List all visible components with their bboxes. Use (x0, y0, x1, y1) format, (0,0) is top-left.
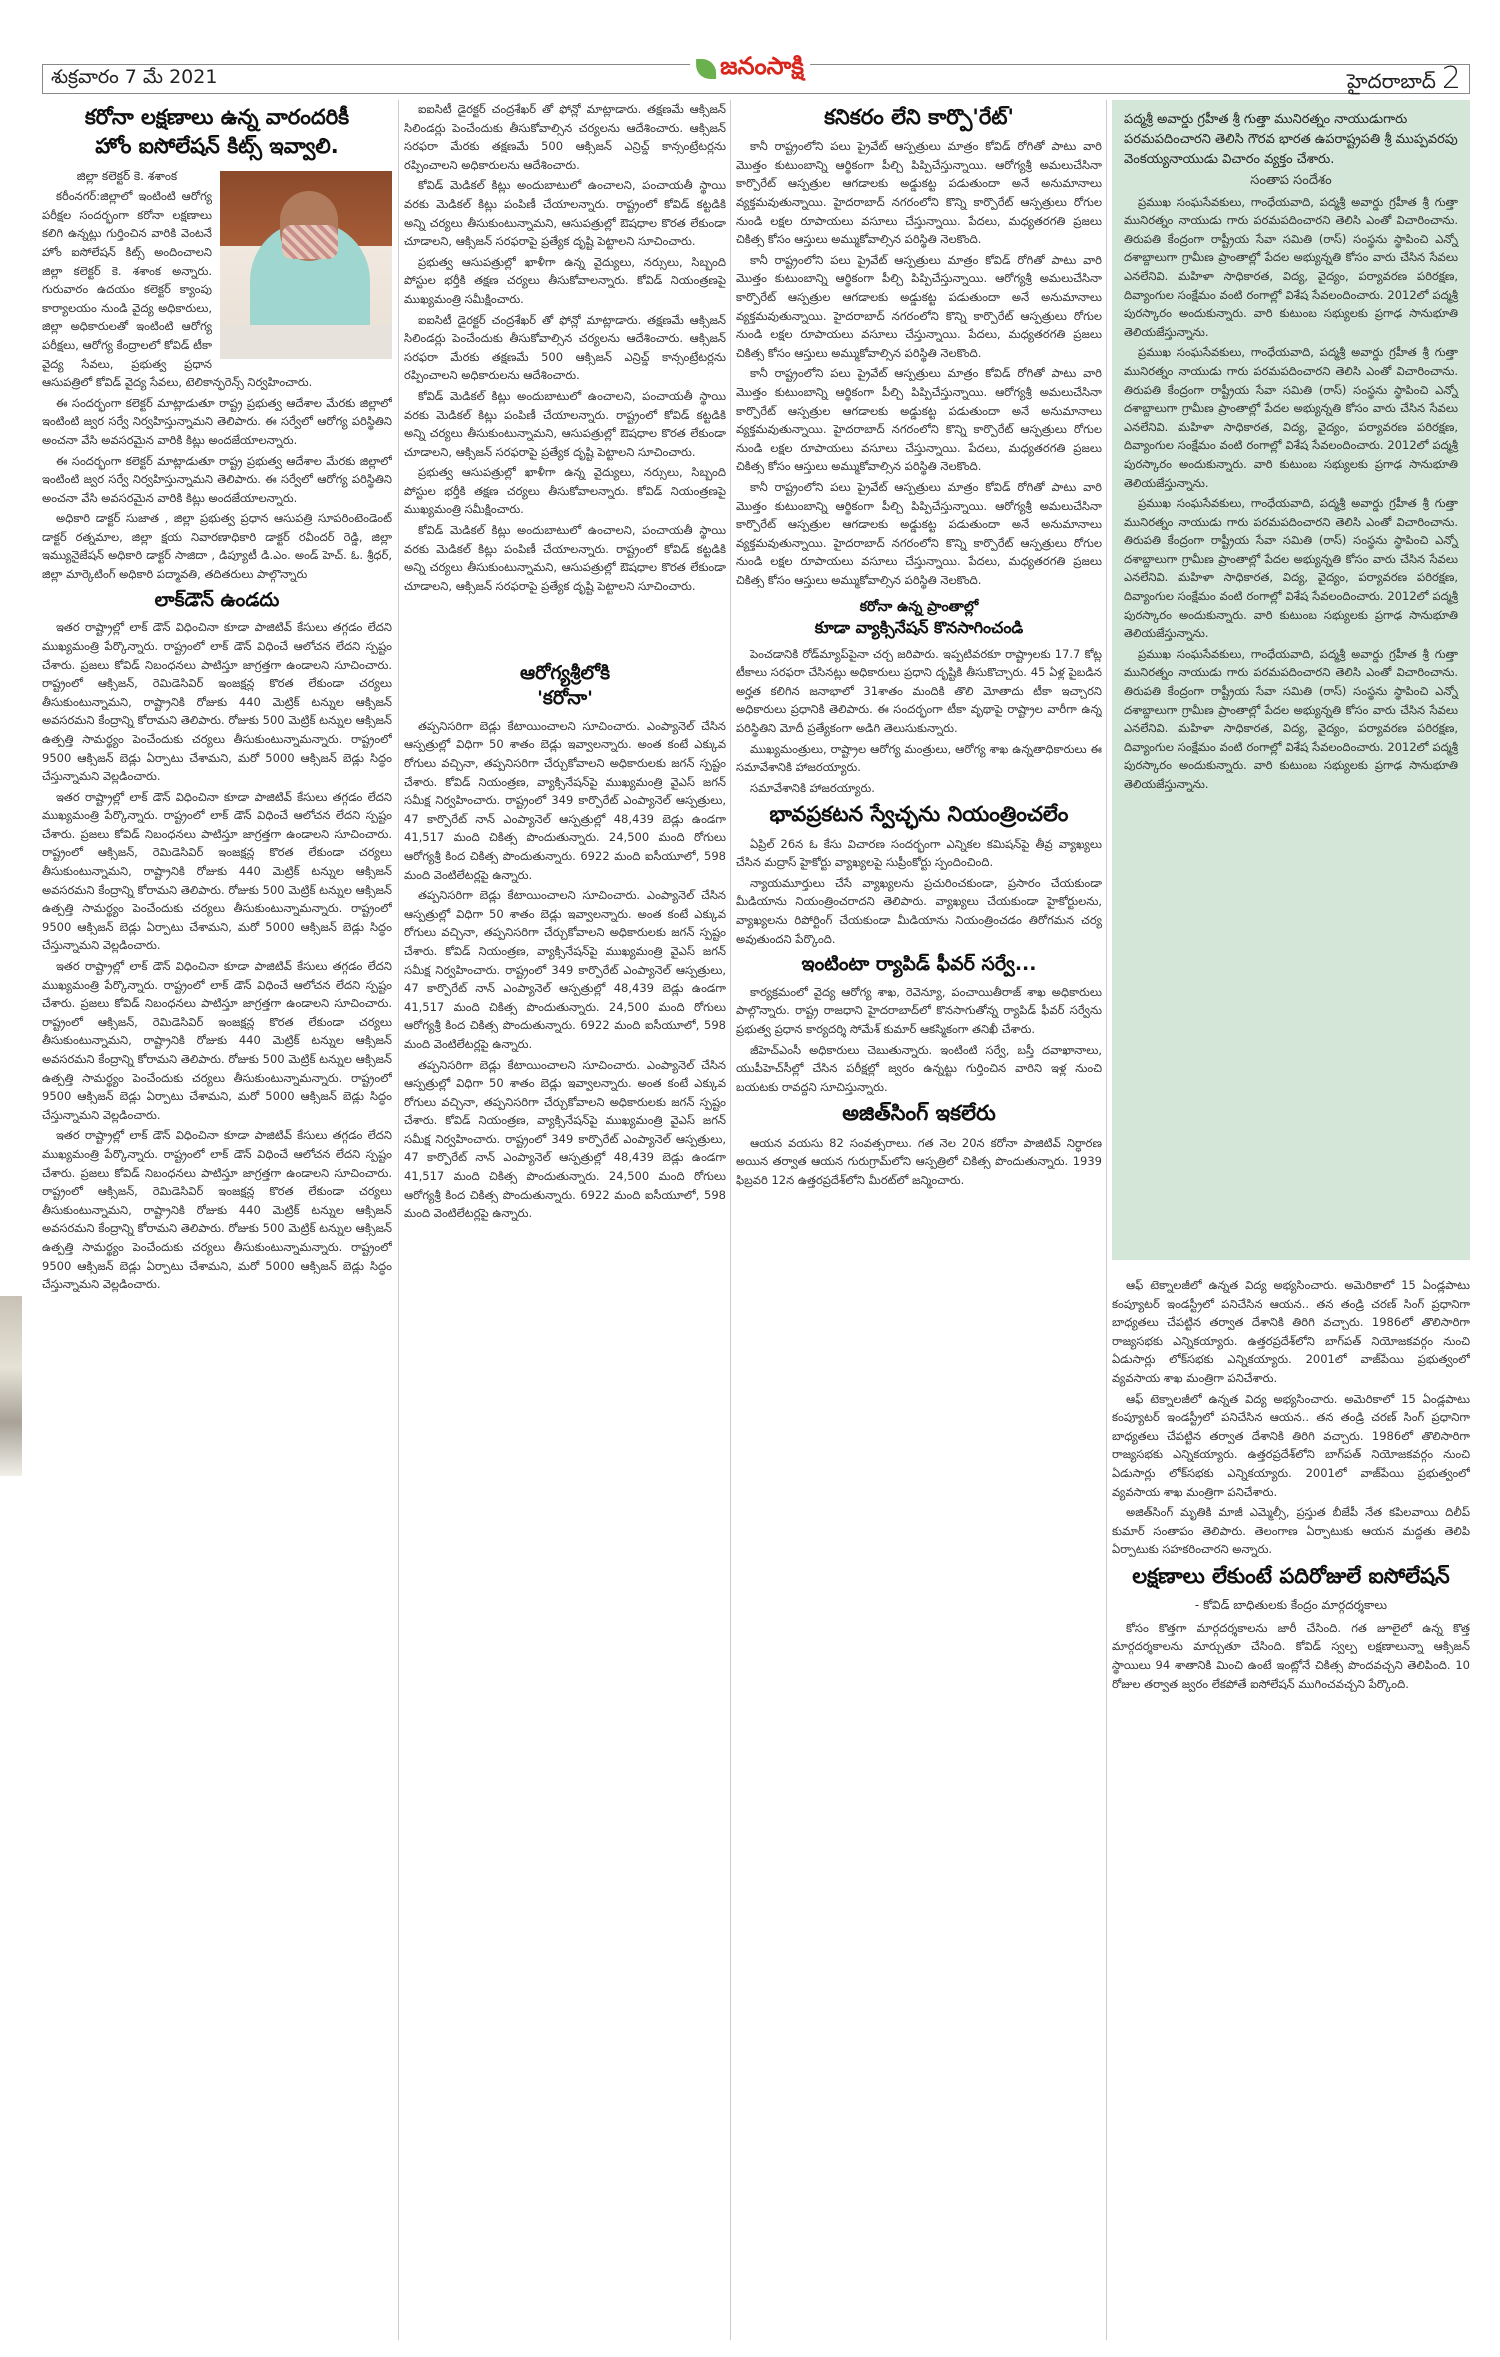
headline-home-isolation-2: హోం ఐసోలేషన్ కిట్స్ ఇవ్వాలి. (42, 133, 392, 160)
city-label: హైదరాబాద్ (1347, 69, 1436, 98)
article-body: తప్పనిసరిగా బెడ్లు కేటాయించాలని సూచించార… (404, 1056, 726, 1223)
article-body: కార్యక్రమంలో వైద్య ఆరోగ్య శాఖ, రెవెన్యూ,… (736, 983, 1102, 1039)
article-body: కోవిడ్ మెడికల్ కిట్లు అందుబాటులో ఉంచాలని… (404, 521, 726, 595)
issue-date: శుక్రవారం 7 మే 2021 (51, 66, 217, 93)
headline-ajit-singh: అజిత్‌సింగ్ ఇకలేరు (736, 1100, 1102, 1127)
condolence-body: ప్రముఖ సంఘసేవకులు, గాంధేయవాది, పద్మశ్రీ … (1124, 494, 1458, 643)
article-body: తప్పనిసరిగా బెడ్లు కేటాయించాలని సూచించార… (404, 717, 726, 884)
column-4: పద్మశ్రీ అవార్డు గ్రహీత శ్రీ గుత్తా ముని… (1112, 100, 1470, 2340)
article-body: సమావేశానికి హాజరయ్యారు. (736, 779, 1102, 798)
condolence-box: పద్మశ్రీ అవార్డు గ్రహీత శ్రీ గుత్తా ముని… (1112, 100, 1470, 1260)
article-body: ఏప్రిల్ 26న ఓ కేసు విచారణ సందర్భంగా ఎన్న… (736, 835, 1102, 872)
column-2: ఐఐసిటీ డైరక్టర్ చంద్రశేఖర్ తో ఫోన్లో మాట… (404, 100, 726, 2340)
article-body: ఇతర రాష్ట్రాల్లో లాక్ డౌన్ విధించినా కూడ… (42, 1126, 392, 1293)
column-divider (730, 100, 731, 2340)
district-collector-photo (220, 171, 392, 359)
article-body: జీహెచ్ఎంసీ అధికారులు చెబుతున్నారు. ఇంటిం… (736, 1041, 1102, 1097)
article-body: ఇతర రాష్ట్రాల్లో లాక్ డౌన్ విధించినా కూడ… (42, 788, 392, 955)
article-body: కోవిడ్ మెడికల్ కిట్లు అందుబాటులో ఉంచాలని… (404, 387, 726, 461)
condolence-title: సంతాప సందేశం (1124, 172, 1458, 191)
article-body: ఐఐసిటీ డైరక్టర్ చంద్రశేఖర్ తో ఫోన్లో మాట… (404, 311, 726, 385)
column-3: కనికరం లేని కార్పొ'రేట్' కానీ రాష్ట్రంలో… (736, 100, 1102, 2340)
article-body: అజిత్‌సింగ్ మృతికి మాజీ ఎమ్మెల్సీ, ప్రస్… (1112, 1503, 1470, 1559)
article-body: కానీ రాష్ట్రంలోని పలు ప్రైవేట్ ఆస్పత్రుల… (736, 251, 1102, 363)
headline-corporate: కనికరం లేని కార్పొ'రేట్' (736, 104, 1102, 131)
headline-lockdown: లాక్‌డౌన్ ఉండదు (42, 588, 392, 613)
headline-vaccine-1: కరోనా ఉన్న ప్రాంతాల్లో (736, 598, 1102, 616)
column-1: కరోనా లక్షణాలు ఉన్న వారందరికీ హోం ఐసోలేష… (42, 100, 392, 2340)
leaf-icon (696, 59, 716, 79)
newspaper-logo: జనంసాక్షి (690, 52, 810, 86)
article-body: ఇతర రాష్ట్రాల్లో లాక్ డౌన్ విధించినా కూడ… (42, 618, 392, 785)
article-body: ఇతర రాష్ట్రాల్లో లాక్ డౌన్ విధించినా కూడ… (42, 957, 392, 1124)
article-body: ఐఐసిటీ డైరక్టర్ చంద్రశేఖర్ తో ఫోన్లో మాట… (404, 100, 726, 174)
column-divider (398, 100, 399, 2340)
article-body: ఈ సందర్భంగా కలెక్టర్ మాట్లాడుతూ రాష్ట్ర … (42, 452, 392, 508)
condolence-body: ప్రముఖ సంఘసేవకులు, గాంధేయవాది, పద్మశ్రీ … (1124, 645, 1458, 794)
headline-arogyasri-2: 'కరోనా' (404, 686, 726, 711)
page-number: 2 (1442, 61, 1461, 96)
logo-text: జనంసాక్షి (720, 52, 804, 86)
article-body: ముఖ్యమంత్రులు, రాష్ట్రాల ఆరోగ్య మంత్రులు… (736, 740, 1102, 777)
spacer (1112, 1260, 1470, 1276)
headline-isolation-guidelines: లక్షణాలు లేకుంటే పదిరోజులే ఐసోలేషన్ (1112, 1563, 1470, 1590)
article-body: ఈ సందర్భంగా కలెక్టర్ మాట్లాడుతూ రాష్ట్ర … (42, 394, 392, 450)
condolence-body: ప్రముఖ సంఘసేవకులు, గాంధేయవాది, పద్మశ్రీ … (1124, 193, 1458, 342)
subhead-isolation: - కోవిడ్ బాధితులకు కేంద్రం మార్గదర్శకాలు (1112, 1596, 1470, 1615)
article-body: కోవిడ్ మెడికల్ కిట్లు అందుబాటులో ఉంచాలని… (404, 176, 726, 250)
article-attendees: అధికారి డాక్టర్ సుజాత , జిల్లా ప్రభుత్వ … (42, 509, 392, 583)
article-body: తప్పనిసరిగా బెడ్లు కేటాయించాలని సూచించార… (404, 886, 726, 1053)
article-body: కోసం కొత్తగా మార్గదర్శకాలను జారీ చేసింది… (1112, 1619, 1470, 1693)
photo-desk (220, 325, 392, 359)
article-body: ఆఫ్ టెక్నాలజీలో ఉన్నత విద్య అభ్యసించారు.… (1112, 1390, 1470, 1502)
partial-photo (0, 1296, 22, 1476)
article-body: ప్రభుత్వ ఆసుపత్రుల్లో ఖాళీగా ఉన్న వైద్యు… (404, 463, 726, 519)
photo-mask (282, 225, 338, 259)
condolence-body: ప్రముఖ సంఘసేవకులు, గాంధేయవాది, పద్మశ్రీ … (1124, 343, 1458, 492)
article-body: పెంచడానికి రోడ్‌మ్యాప్‌పైనా చర్చ జరిపారు… (736, 645, 1102, 738)
headline-free-speech: భావప్రకటన స్వేచ్ఛను నియంత్రించలేం (736, 801, 1102, 828)
headline-fever-survey: ఇంటింటా ర్యాపిడ్ ఫీవర్ సర్వే... (736, 952, 1102, 977)
headline-vaccine-2: కూడా వ్యాక్సినేషన్ కొనసాగించండి (736, 618, 1102, 639)
headline-arogyasri-1: ఆరోగ్యశ్రీలోకి (404, 661, 726, 686)
article-body: ఆయన వయసు 82 సంవత్సరాలు. గత నెల 20న కరోనా… (736, 1134, 1102, 1190)
condolence-lead: పద్మశ్రీ అవార్డు గ్రహీత శ్రీ గుత్తా ముని… (1124, 110, 1458, 170)
column-divider (1106, 100, 1107, 2340)
article-body: ప్రభుత్వ ఆసుపత్రుల్లో ఖాళీగా ఉన్న వైద్యు… (404, 253, 726, 309)
spacer (404, 597, 726, 657)
article-body: ఆఫ్ టెక్నాలజీలో ఉన్నత విద్య అభ్యసించారు.… (1112, 1276, 1470, 1388)
headline-home-isolation-1: కరోనా లక్షణాలు ఉన్న వారందరికీ (42, 104, 392, 131)
article-body: న్యాయమూర్తులు చేసే వ్యాఖ్యలను ప్రచురించక… (736, 874, 1102, 948)
article-body: కానీ రాష్ట్రంలోని పలు ప్రైవేట్ ఆస్పత్రుల… (736, 478, 1102, 590)
article-body: కానీ రాష్ట్రంలోని పలు ప్రైవేట్ ఆస్పత్రుల… (736, 364, 1102, 476)
edition: హైదరాబాద్ 2 (1347, 61, 1461, 98)
article-body: కానీ రాష్ట్రంలోని పలు ప్రైవేట్ ఆస్పత్రుల… (736, 137, 1102, 249)
